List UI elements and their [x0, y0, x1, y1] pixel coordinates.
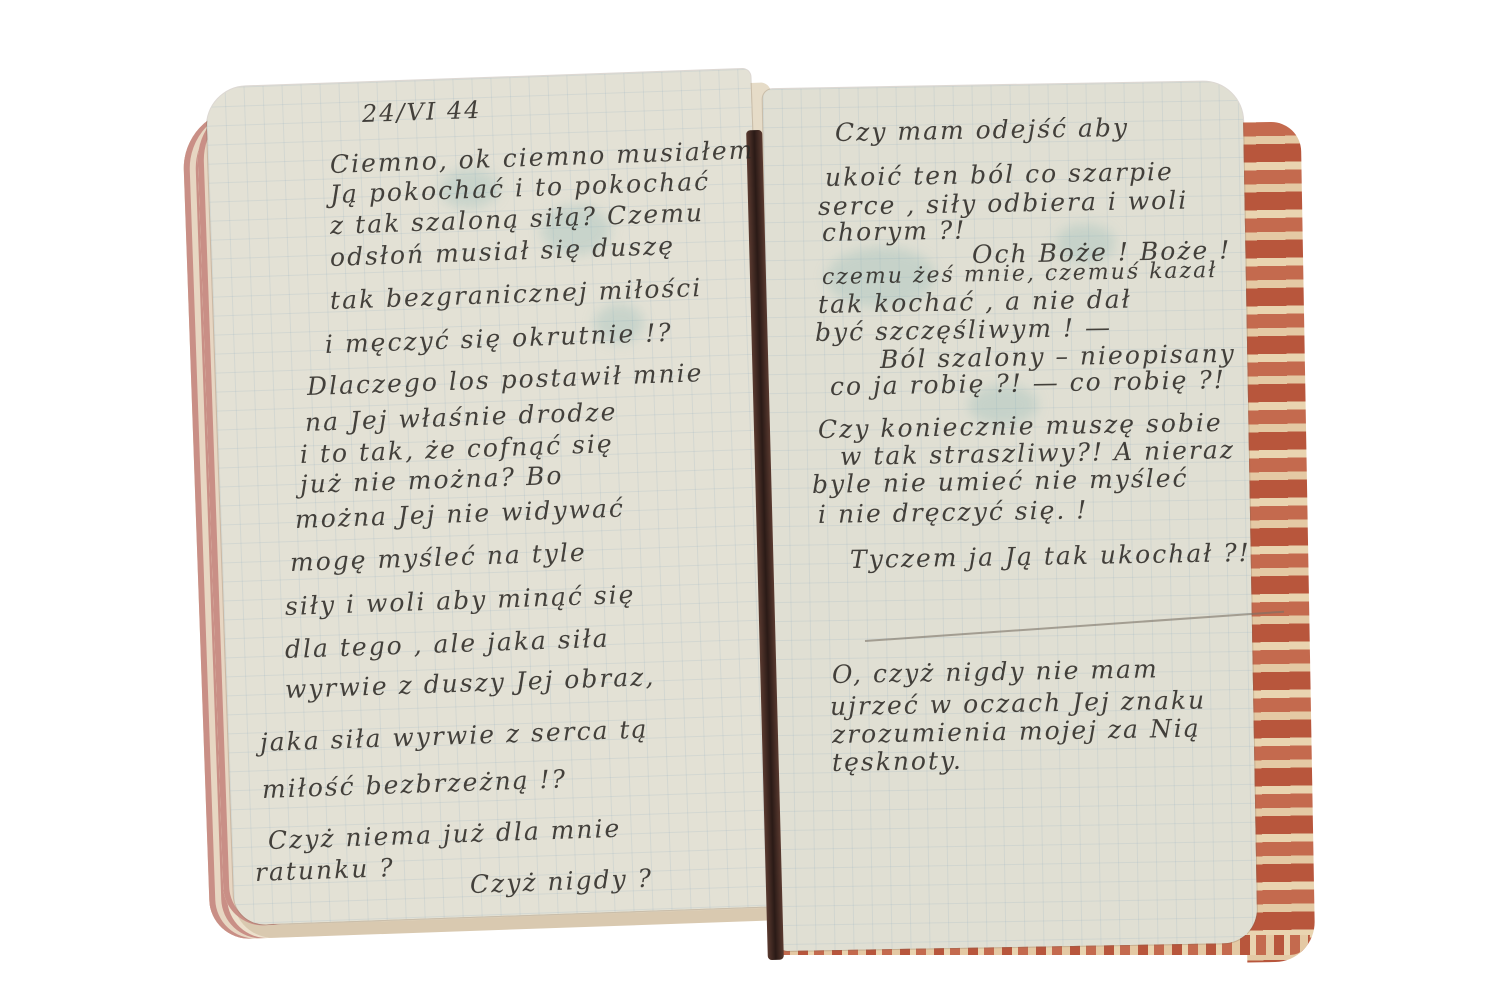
handwritten-line: chorym ?!: [822, 215, 967, 247]
notebook-photo: 24/VI 44 Ciemno, ok ciemno musiałem Ją p…: [0, 0, 1500, 1000]
handwritten-line: Czy mam odejść aby: [835, 113, 1130, 147]
entry-date: 24/VI 44: [362, 96, 483, 128]
handwritten-line: ratunku ?: [254, 853, 395, 887]
handwritten-line: i nie dręczyć się. !: [818, 495, 1089, 529]
handwritten-line: O, czyż nigdy nie mam: [832, 654, 1159, 689]
handwritten-line: tęsknoty.: [832, 746, 963, 777]
